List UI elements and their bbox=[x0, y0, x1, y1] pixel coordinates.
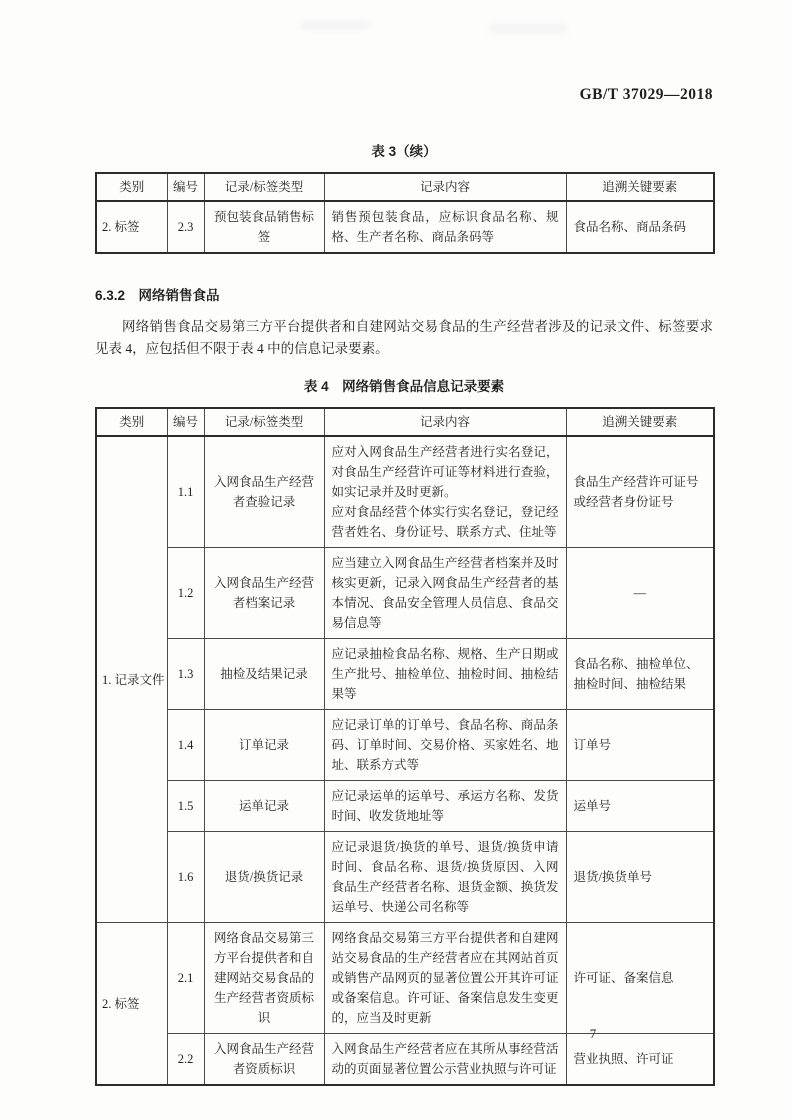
cell-content: 应记录订单的订单号、食品名称、商品条码、订单时间、交易价格、买家姓名、地址、联系… bbox=[324, 710, 566, 781]
cell-category-group1: 1. 记录文件 bbox=[96, 436, 167, 923]
cell-no: 1.6 bbox=[167, 832, 204, 923]
document-page: GB/T 37029—2018 表 3（续） 类别 编号 记录/标签类型 记录内… bbox=[0, 0, 791, 1119]
section-heading: 6.3.2 网络销售食品 bbox=[95, 284, 713, 304]
col-header-key: 追溯关键要素 bbox=[566, 408, 714, 436]
cell-no: 1.5 bbox=[167, 781, 204, 832]
col-header-category: 类别 bbox=[96, 173, 167, 201]
table-row: 1.2 入网食品生产经营者档案记录 应当建立入网食品生产经营者档案并及时核实更新… bbox=[96, 548, 714, 639]
table4: 类别 编号 记录/标签类型 记录内容 追溯关键要素 1. 记录文件 1.1 入网… bbox=[95, 407, 715, 1086]
page-number: 7 bbox=[578, 1026, 608, 1042]
cell-no: 1.4 bbox=[167, 710, 204, 781]
cell-content: 入网食品生产经营者应在其所从事经营活动的页面显著位置公示营业执照与许可证 bbox=[324, 1034, 566, 1086]
cell-no: 1.2 bbox=[167, 548, 204, 639]
cell-type: 预包装食品销售标签 bbox=[204, 201, 324, 253]
cell-no: 1.1 bbox=[167, 436, 204, 548]
cell-content: 网络食品交易第三方平台提供者和自建网站交易食品的生产经营者应在其网站首页或销售产… bbox=[324, 923, 566, 1034]
cell-no: 2.1 bbox=[167, 923, 204, 1034]
table-row: 1.6 退货/换货记录 应记录退货/换货的单号、退货/换货申请时间、食品名称、退… bbox=[96, 832, 714, 923]
cell-category-group2: 2. 标签 bbox=[96, 923, 167, 1086]
table3: 类别 编号 记录/标签类型 记录内容 追溯关键要素 2. 标签 2.3 预包装食… bbox=[95, 172, 715, 254]
cell-no: 2.2 bbox=[167, 1034, 204, 1086]
cell-type: 抽检及结果记录 bbox=[204, 639, 324, 710]
cell-content: 应当建立入网食品生产经营者档案并及时核实更新，记录入网食品生产经营者的基本情况、… bbox=[324, 548, 566, 639]
cell-type: 订单记录 bbox=[204, 710, 324, 781]
cell-type: 退货/换货记录 bbox=[204, 832, 324, 923]
col-header-category: 类别 bbox=[96, 408, 167, 436]
col-header-no: 编号 bbox=[167, 173, 204, 201]
cell-key: 订单号 bbox=[566, 710, 714, 781]
cell-type: 入网食品生产经营者查验记录 bbox=[204, 436, 324, 548]
col-header-content: 记录内容 bbox=[324, 173, 566, 201]
table-row: 1.5 运单记录 应记录运单的运单号、承运方名称、发货时间、收发货地址等 运单号 bbox=[96, 781, 714, 832]
cell-type: 运单记录 bbox=[204, 781, 324, 832]
table4-caption: 表 4 网络销售食品信息记录要素 bbox=[95, 375, 713, 395]
cell-content: 应记录运单的运单号、承运方名称、发货时间、收发货地址等 bbox=[324, 781, 566, 832]
cell-key: 退货/换货单号 bbox=[566, 832, 714, 923]
cell-key: 许可证、备案信息 bbox=[566, 923, 714, 1034]
cell-content: 应记录退货/换货的单号、退货/换货申请时间、食品名称、退货/换货原因、入网食品生… bbox=[324, 832, 566, 923]
cell-key: 食品名称、商品条码 bbox=[566, 201, 714, 253]
col-header-type: 记录/标签类型 bbox=[204, 173, 324, 201]
cell-content: 应对入网食品生产经营者进行实名登记，对食品生产经营许可证等材料进行查验，如实记录… bbox=[324, 436, 566, 548]
cell-content: 应记录抽检食品名称、规格、生产日期或生产批号、抽检单位、抽检时间、抽检结果等 bbox=[324, 639, 566, 710]
table3-header-row: 类别 编号 记录/标签类型 记录内容 追溯关键要素 bbox=[96, 173, 714, 201]
cell-key: — bbox=[566, 548, 714, 639]
cell-type: 网络食品交易第三方平台提供者和自建网站交易食品的生产经营者资质标识 bbox=[204, 923, 324, 1034]
table-row: 1.3 抽检及结果记录 应记录抽检食品名称、规格、生产日期或生产批号、抽检单位、… bbox=[96, 639, 714, 710]
cell-no: 1.3 bbox=[167, 639, 204, 710]
col-header-content: 记录内容 bbox=[324, 408, 566, 436]
table-row: 2. 标签 2.3 预包装食品销售标签 销售预包装食品，应标识食品名称、规格、生… bbox=[96, 201, 714, 253]
col-header-key: 追溯关键要素 bbox=[566, 173, 714, 201]
cell-key: 食品名称、抽检单位、抽检时间、抽检结果 bbox=[566, 639, 714, 710]
cell-key: 运单号 bbox=[566, 781, 714, 832]
cell-content: 销售预包装食品，应标识食品名称、规格、生产者名称、商品条码等 bbox=[324, 201, 566, 253]
standard-number: GB/T 37029—2018 bbox=[580, 86, 713, 104]
table-row: 2.2 入网食品生产经营者资质标识 入网食品生产经营者应在其所从事经营活动的页面… bbox=[96, 1034, 714, 1086]
cell-type: 入网食品生产经营者资质标识 bbox=[204, 1034, 324, 1086]
table-row: 1. 记录文件 1.1 入网食品生产经营者查验记录 应对入网食品生产经营者进行实… bbox=[96, 436, 714, 548]
table-row: 1.4 订单记录 应记录订单的订单号、食品名称、商品条码、订单时间、交易价格、买… bbox=[96, 710, 714, 781]
col-header-type: 记录/标签类型 bbox=[204, 408, 324, 436]
table3-caption: 表 3（续） bbox=[95, 0, 713, 160]
col-header-no: 编号 bbox=[167, 408, 204, 436]
page-content: GB/T 37029—2018 表 3（续） 类别 编号 记录/标签类型 记录内… bbox=[95, 0, 713, 1086]
cell-category: 2. 标签 bbox=[96, 201, 167, 253]
cell-key: 食品生产经营许可证号 或经营者身份证号 bbox=[566, 436, 714, 548]
table-row: 2. 标签 2.1 网络食品交易第三方平台提供者和自建网站交易食品的生产经营者资… bbox=[96, 923, 714, 1034]
body-paragraph: 网络销售食品交易第三方平台提供者和自建网站交易食品的生产经营者涉及的记录文件、标… bbox=[95, 316, 713, 360]
table4-header-row: 类别 编号 记录/标签类型 记录内容 追溯关键要素 bbox=[96, 408, 714, 436]
cell-type: 入网食品生产经营者档案记录 bbox=[204, 548, 324, 639]
cell-no: 2.3 bbox=[167, 201, 204, 253]
